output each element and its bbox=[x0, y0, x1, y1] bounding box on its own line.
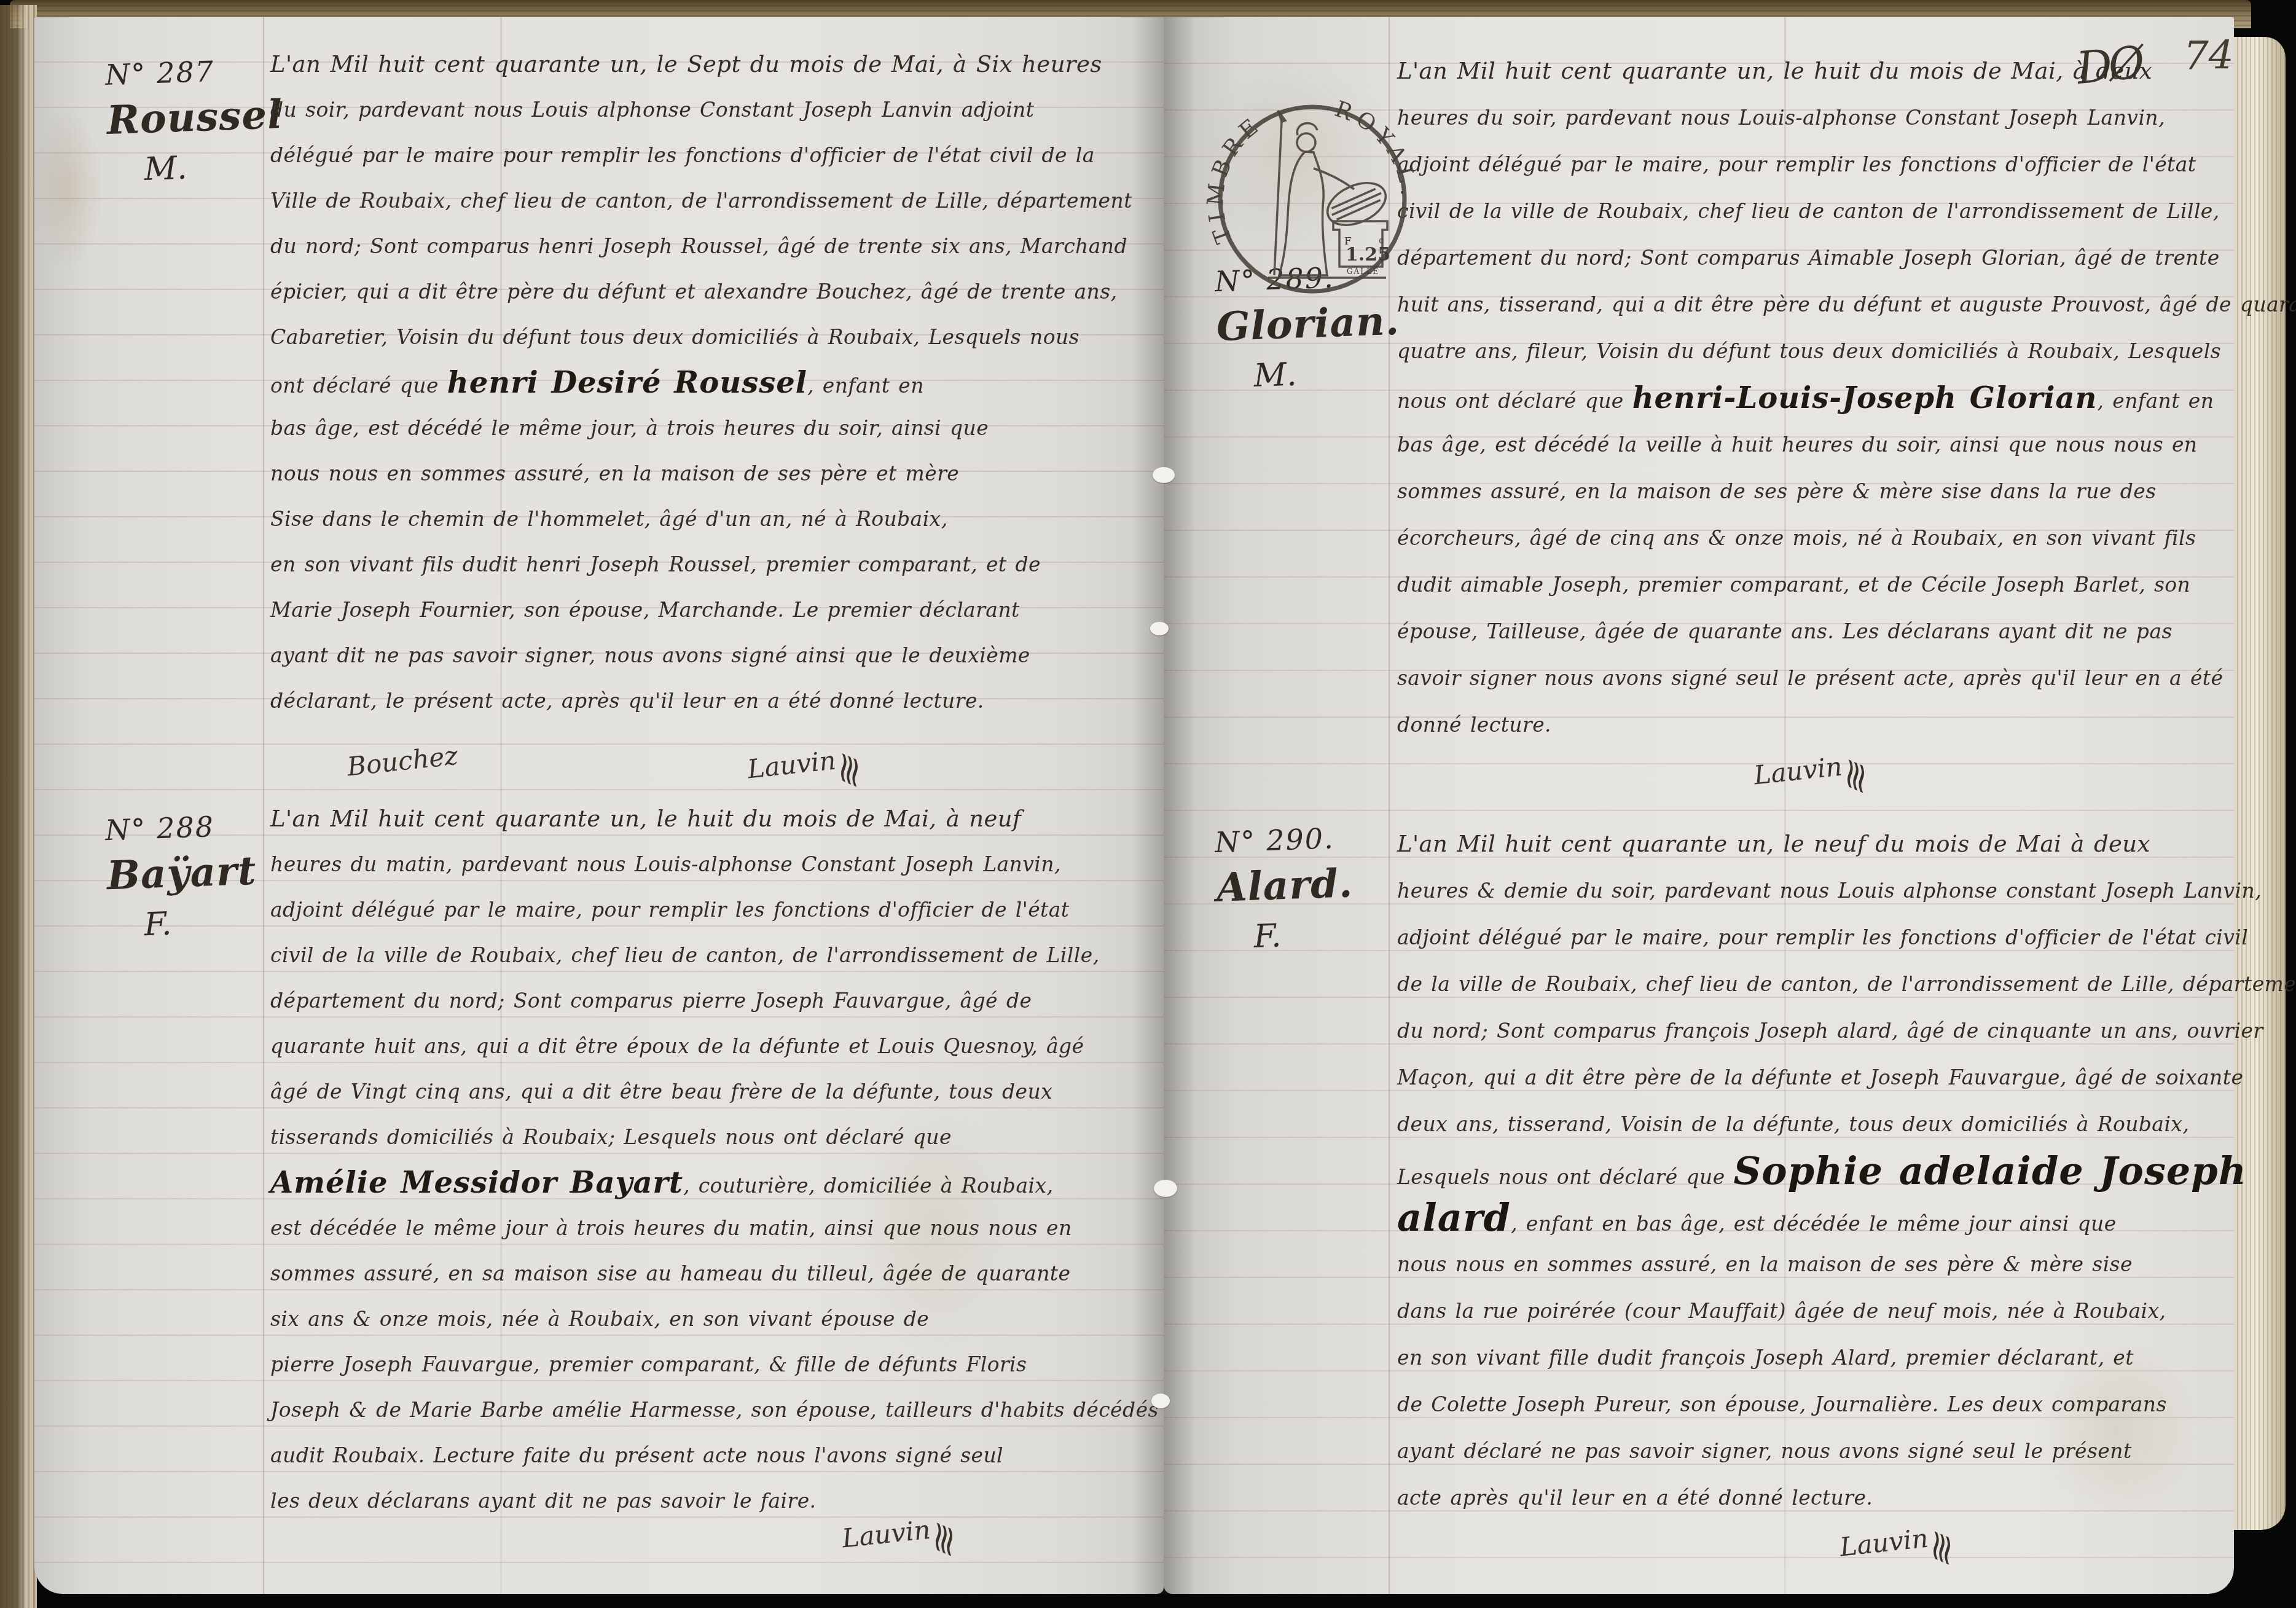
text-line: adjoint délégué par le maire, pour rempl… bbox=[270, 887, 1143, 933]
text-line: département du nord; Sont comparus pierr… bbox=[270, 978, 1143, 1024]
text-span: ont déclaré que bbox=[270, 374, 447, 398]
text-line: sommes assuré, en sa maison sise au hame… bbox=[270, 1251, 1143, 1296]
record-sex: M. bbox=[1218, 353, 1402, 396]
book-left-page-edges bbox=[0, 5, 37, 1608]
record-287-text: L'an Mil huit cent quarante un, le Sept … bbox=[270, 42, 1143, 724]
text-span: , enfant en bas âge, est décédée le même… bbox=[1511, 1212, 2117, 1236]
text-span: L'an Mil huit cent quarante un, le huit … bbox=[270, 806, 1021, 832]
text-line: L'an Mil huit cent quarante un, le huit … bbox=[270, 796, 1143, 842]
declared-name: Amélie Messidor Bayart bbox=[270, 1166, 683, 1200]
text-line: Lesquels nous ont déclaré que Sophie ade… bbox=[1397, 1148, 2233, 1194]
text-line: L'an Mil huit cent quarante un, le neuf … bbox=[1397, 821, 2233, 868]
signature-lauvin: Lauvin bbox=[1752, 747, 1867, 791]
book-right-page-edges bbox=[2233, 37, 2286, 1530]
text-line: deux ans, tisserand, Voisin de la défunt… bbox=[1397, 1101, 2233, 1148]
text-line: civil de la ville de Roubaix, chef lieu … bbox=[270, 933, 1143, 978]
record-sex: M. bbox=[108, 146, 285, 189]
signature-bouchez: Bouchez bbox=[346, 740, 460, 785]
text-span: , enfant en bbox=[807, 374, 924, 398]
gutter-paper-tear bbox=[1151, 1394, 1170, 1408]
text-line: quarante huit ans, qui a dit être époux … bbox=[270, 1024, 1143, 1069]
signature-lauvin: Lauvin bbox=[840, 1510, 955, 1555]
text-line: quatre ans, fileur, Voisin du défunt tou… bbox=[1397, 328, 2220, 375]
gutter-paper-tear bbox=[1154, 1180, 1177, 1197]
text-line: Maçon, qui a dit être père de la défunte… bbox=[1397, 1054, 2233, 1101]
register-left-page: N° 287 Roussel M. L'an Mil huit cent qua… bbox=[34, 17, 1164, 1594]
gutter-paper-tear bbox=[1150, 622, 1169, 635]
text-line: L'an Mil huit cent quarante un, le huit … bbox=[1397, 48, 2220, 95]
record-288-margin: N° 288 Baÿart F. bbox=[104, 809, 259, 944]
text-line: Ville de Roubaix, chef lieu de canton, d… bbox=[270, 178, 1143, 224]
text-line: savoir signer nous avons signé seul le p… bbox=[1397, 655, 2220, 702]
text-line: adjoint délégué par le maire, pour rempl… bbox=[1397, 141, 2220, 188]
signature-lauvin: Lauvin bbox=[1838, 1518, 1953, 1563]
text-line: Marie Joseph Fournier, son épouse, March… bbox=[270, 587, 1143, 633]
record-287-margin: N° 287 Roussel M. bbox=[104, 52, 285, 189]
text-line: ont déclaré que henri Desiré Roussel, en… bbox=[270, 360, 1143, 406]
record-number: N° 288 bbox=[104, 809, 255, 847]
declared-name: Sophie adelaide Joseph bbox=[1734, 1148, 2247, 1193]
text-line: tisserands domiciliés à Roubaix; Lesquel… bbox=[270, 1115, 1143, 1160]
declared-name: henri-Louis-Joseph Glorian bbox=[1632, 381, 2098, 415]
text-line: du nord; Sont comparus françois Joseph a… bbox=[1397, 1008, 2233, 1054]
text-line: sommes assuré, en la maison de ses père … bbox=[1397, 468, 2220, 515]
record-sex: F. bbox=[1218, 915, 1355, 957]
text-line: heures du soir, pardevant nous Louis-alp… bbox=[1397, 95, 2220, 141]
text-line: acte après qu'il leur en a été donné lec… bbox=[1397, 1475, 2233, 1521]
text-line: âgé de Vingt cinq ans, qui a dit être be… bbox=[270, 1069, 1143, 1115]
text-span: L'an Mil huit cent quarante un, le Sept … bbox=[270, 51, 1102, 77]
text-span: , enfant en bbox=[2098, 389, 2214, 413]
record-290-margin: N° 290. Alard. F. bbox=[1214, 821, 1355, 957]
gutter-paper-tear bbox=[1153, 467, 1175, 483]
text-line: pierre Joseph Fauvargue, premier compara… bbox=[270, 1342, 1143, 1387]
text-line: déclarant, le présent acte, après qu'il … bbox=[270, 678, 1143, 724]
text-line: heures du matin, pardevant nous Louis-al… bbox=[270, 842, 1143, 887]
text-line: de la ville de Roubaix, chef lieu de can… bbox=[1397, 961, 2233, 1008]
text-span: Lesquels nous ont déclaré que bbox=[1397, 1165, 1734, 1189]
text-span: , couturière, domiciliée à Roubaix, bbox=[683, 1174, 1053, 1198]
text-line: de Colette Joseph Pureur, son épouse, Jo… bbox=[1397, 1381, 2233, 1428]
text-line: adjoint délégué par le maire, pour rempl… bbox=[1397, 914, 2233, 961]
text-line: du soir, pardevant nous Louis alphonse C… bbox=[270, 87, 1143, 133]
stamp-word-left: TIMBRE bbox=[1203, 111, 1268, 247]
text-span: L'an Mil huit cent quarante un, le neuf … bbox=[1397, 831, 2150, 857]
text-line: délégué par le maire pour remplir les fo… bbox=[270, 133, 1143, 178]
text-line: est décédée le même jour à trois heures … bbox=[270, 1206, 1143, 1251]
text-line: civil de la ville de Roubaix, chef lieu … bbox=[1397, 188, 2220, 235]
text-line: six ans & onze mois, née à Roubaix, en s… bbox=[270, 1296, 1143, 1342]
record-290-text: L'an Mil huit cent quarante un, le neuf … bbox=[1397, 821, 2233, 1521]
text-line: du nord; Sont comparus henri Joseph Rous… bbox=[270, 224, 1143, 269]
text-line: dans la rue poirérée (cour Mauffait) âgé… bbox=[1397, 1288, 2233, 1335]
text-line: Cabaretier, Voisin du défunt tous deux d… bbox=[270, 315, 1143, 360]
margin-rule bbox=[263, 17, 264, 1594]
text-line: nous ont déclaré que henri-Louis-Joseph … bbox=[1397, 375, 2220, 422]
record-number: N° 287 bbox=[104, 52, 281, 92]
text-line: bas âge, est décédé le même jour, à troi… bbox=[270, 406, 1143, 451]
text-line: L'an Mil huit cent quarante un, le Sept … bbox=[270, 42, 1143, 87]
text-line: écorcheurs, âgé de cinq ans & onze mois,… bbox=[1397, 515, 2220, 562]
text-line: en son vivant fils dudit henri Joseph Ro… bbox=[270, 542, 1143, 587]
signature-lauvin: Lauvin bbox=[745, 740, 860, 785]
stamp-value: 1.25 bbox=[1346, 244, 1390, 265]
record-289-signatures: Lauvin bbox=[1397, 752, 1866, 785]
text-span: L'an Mil huit cent quarante un, le huit … bbox=[1397, 58, 2152, 84]
record-290-signatures: Lauvin bbox=[1397, 1524, 1952, 1557]
record-287-signatures: Bouchez Lauvin bbox=[270, 746, 860, 779]
text-line: nous nous en sommes assuré, en la maison… bbox=[270, 451, 1143, 496]
text-line: heures & demie du soir, pardevant nous L… bbox=[1397, 868, 2233, 914]
text-line: bas âge, est décédé la veille à huit heu… bbox=[1397, 422, 2220, 468]
text-line: Joseph & de Marie Barbe amélie Harmesse,… bbox=[270, 1387, 1143, 1433]
stamp-engraver: GALLE bbox=[1347, 267, 1379, 276]
text-line: dudit aimable Joseph, premier comparant,… bbox=[1397, 562, 2220, 608]
record-surname: Alard. bbox=[1216, 860, 1354, 911]
text-line: en son vivant fille dudit françois Josep… bbox=[1397, 1335, 2233, 1381]
text-line: ayant dit ne pas savoir signer, nous avo… bbox=[270, 633, 1143, 678]
text-line: huit ans, tisserand, qui a dit être père… bbox=[1397, 281, 2220, 328]
stamp-word-right: ROYAL. bbox=[1331, 96, 1421, 202]
text-line: audit Roubaix. Lecture faite du présent … bbox=[270, 1433, 1143, 1478]
record-288-text: L'an Mil huit cent quarante un, le huit … bbox=[270, 796, 1143, 1524]
text-line: donné lecture. bbox=[1397, 702, 2220, 748]
text-line: département du nord; Sont comparus Aimab… bbox=[1397, 235, 2220, 281]
record-289-text: L'an Mil huit cent quarante un, le huit … bbox=[1397, 48, 2220, 748]
text-line: Sise dans le chemin de l'hommelet, âgé d… bbox=[270, 496, 1143, 542]
declared-name: henri Desiré Roussel bbox=[447, 366, 807, 400]
text-line: alard, enfant en bas âge, est décédée le… bbox=[1397, 1194, 2233, 1241]
text-line: épouse, Tailleuse, âgée de quarante ans.… bbox=[1397, 608, 2220, 655]
declared-name: alard bbox=[1397, 1195, 1511, 1240]
record-sex: F. bbox=[108, 903, 259, 944]
text-span: nous ont déclaré que bbox=[1397, 389, 1632, 413]
record-surname: Baÿart bbox=[106, 848, 257, 899]
text-line: épicier, qui a dit être père du défunt e… bbox=[270, 269, 1143, 315]
foxing-stain bbox=[31, 109, 104, 269]
record-288-signatures: Lauvin bbox=[270, 1515, 954, 1548]
text-line: Amélie Messidor Bayart, couturière, domi… bbox=[270, 1160, 1143, 1206]
timbre-royal-stamp: TIMBRE ROYAL. F c 1.25 GALLE bbox=[1202, 90, 1423, 311]
text-line: nous nous en sommes assuré, en la maison… bbox=[1397, 1241, 2233, 1288]
record-surname: Roussel bbox=[106, 92, 284, 144]
record-number: N° 290. bbox=[1214, 821, 1352, 859]
text-line: ayant déclaré ne pas savoir signer, nous… bbox=[1397, 1428, 2233, 1475]
